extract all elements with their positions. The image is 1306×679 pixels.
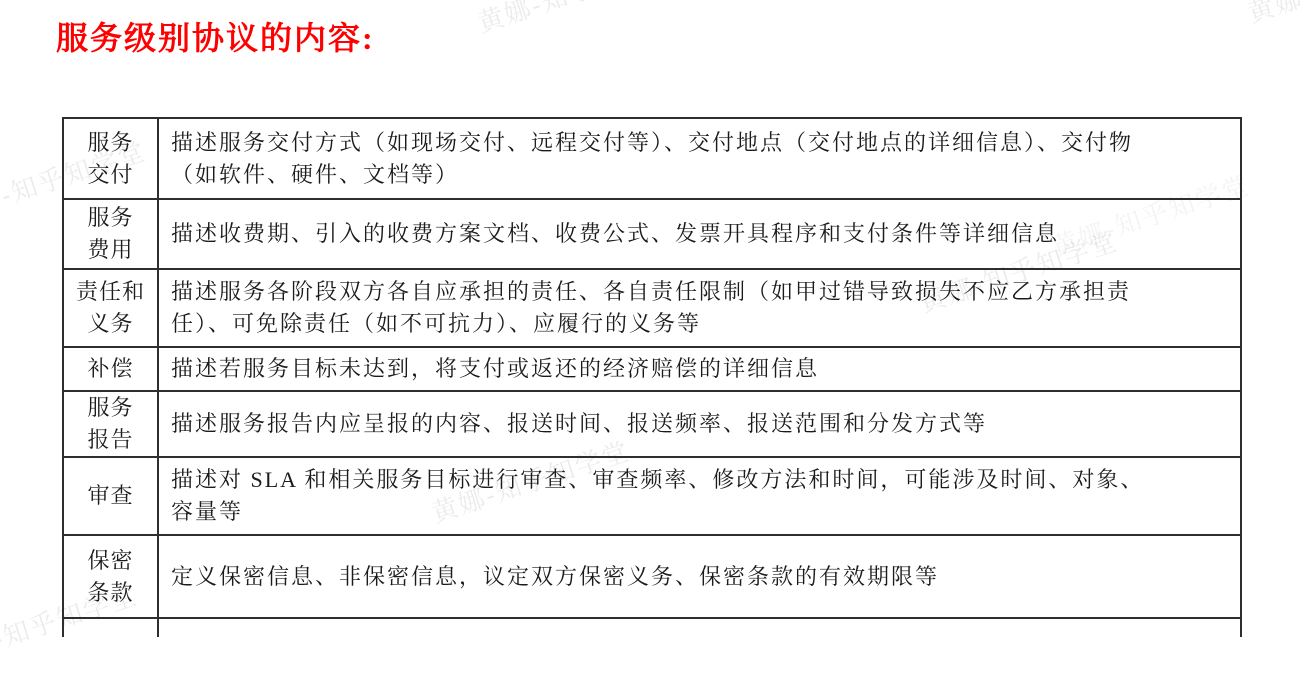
row-desc: 定义保密信息、非保密信息，议定双方保密义务、保密条款的有效期限等 [159, 536, 1240, 617]
row-term: 审查 [64, 458, 159, 534]
sla-content-table: 服务 交付 描述服务交付方式（如现场交付、远程交付等）、交付地点（交付地点的详细… [62, 117, 1242, 637]
table-row: 服务 交付 描述服务交付方式（如现场交付、远程交付等）、交付地点（交付地点的详细… [64, 119, 1240, 200]
table-row: 保密 条款 定义保密信息、非保密信息，议定双方保密义务、保密条款的有效期限等 [64, 536, 1240, 619]
row-desc [159, 619, 1240, 637]
row-desc: 描述服务交付方式（如现场交付、远程交付等）、交付地点（交付地点的详细信息）、交付… [159, 119, 1240, 198]
row-term: 服务 费用 [64, 200, 159, 268]
table-row: 服务 报告 描述服务报告内应呈报的内容、报送时间、报送频率、报送范围和分发方式等 [64, 392, 1240, 458]
row-desc: 描述若服务目标未达到，将支付或返还的经济赔偿的详细信息 [159, 348, 1240, 390]
table-row: 服务 费用 描述收费期、引入的收费方案文档、收费公式、发票开具程序和支付条件等详… [64, 200, 1240, 270]
watermark: 黄娜-知乎知学堂 [472, 0, 680, 40]
row-term: 补偿 [64, 348, 159, 390]
row-desc: 描述对 SLA 和相关服务目标进行审查、审查频率、修改方法和时间，可能涉及时间、… [159, 458, 1240, 534]
row-term: 责任和 义务 [64, 270, 159, 346]
row-desc: 描述服务报告内应呈报的内容、报送时间、报送频率、报送范围和分发方式等 [159, 392, 1240, 456]
page-title: 服务级别协议的内容: [56, 16, 375, 60]
row-term: 服务 报告 [64, 392, 159, 456]
row-term: 保密 条款 [64, 536, 159, 617]
table-row-partial [64, 619, 1240, 637]
document-page: 黄娜-知乎知学堂 黄娜-知乎知学堂 黄娜-知乎知学堂 黄娜-知乎知学堂 黄娜-知… [0, 0, 1306, 679]
row-desc: 描述服务各阶段双方各自应承担的责任、各自责任限制（如甲过错导致损失不应乙方承担责… [159, 270, 1240, 346]
table-row: 补偿 描述若服务目标未达到，将支付或返还的经济赔偿的详细信息 [64, 348, 1240, 392]
table-row: 责任和 义务 描述服务各阶段双方各自应承担的责任、各自责任限制（如甲过错导致损失… [64, 270, 1240, 348]
row-term [64, 619, 159, 637]
row-term: 服务 交付 [64, 119, 159, 198]
watermark: 黄娜-知乎知学堂 [1242, 0, 1306, 30]
table-row: 审查 描述对 SLA 和相关服务目标进行审查、审查频率、修改方法和时间，可能涉及… [64, 458, 1240, 536]
row-desc: 描述收费期、引入的收费方案文档、收费公式、发票开具程序和支付条件等详细信息 [159, 200, 1240, 268]
